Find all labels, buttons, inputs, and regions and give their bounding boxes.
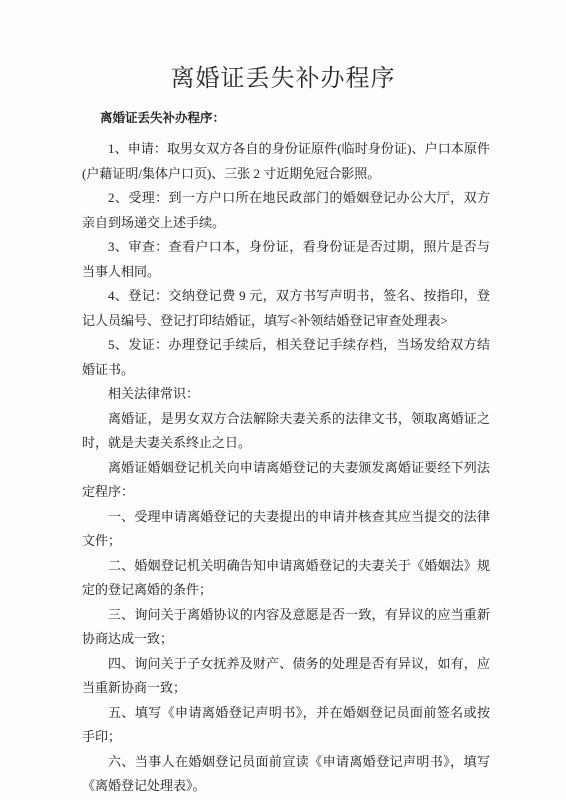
procedure-item-5: 五、填写《申请离婚登记声明书》，并在婚姻登记员面前签名或按手印；	[82, 701, 490, 750]
procedure-item-4: 四、询问关于子女抚养及财产、债务的处理是否有异议，如有，应当重新协商一致；	[82, 652, 490, 701]
procedure-item-1: 一、受理申请离婚登记的夫妻提出的申请并核查其应当提交的法律文件；	[82, 505, 490, 554]
procedure-item-2: 二、婚姻登记机关明确告知申请离婚登记的夫妻关于《婚姻法》规定的登记离婚的条件；	[82, 554, 490, 603]
step-4-register: 4、登记：交纳登记费 9 元，双方书写声明书，签名、按指印，登记人员编号、登记打…	[82, 284, 490, 333]
step-1-apply: 1、申请：取男女双方各自的身份证原件(临时身份证)、户口本原件(户藉证明/集体户…	[82, 137, 490, 186]
step-2-accept: 2、受理：到一方户口所在地民政部门的婚姻登记办公大厅，双方亲自到场递交上述手续。	[82, 186, 490, 235]
legal-procedure-intro: 离婚证婚姻登记机关向申请离婚登记的夫妻颁发离婚证要经下列法定程序：	[82, 456, 490, 505]
step-5-issue: 5、发证：办理登记手续后，相关登记手续存档，当场发给双方结婚证书。	[82, 333, 490, 382]
section-heading: 离婚证丢失补办程序：	[100, 110, 566, 127]
document-page: 离婚证丢失补办程序 离婚证丢失补办程序： 1、申请：取男女双方各自的身份证原件(…	[0, 0, 566, 800]
procedure-item-3: 三、询问关于离婚协议的内容及意愿是否一致，有异议的应当重新协商达成一致；	[82, 603, 490, 652]
document-body: 1、申请：取男女双方各自的身份证原件(临时身份证)、户口本原件(户藉证明/集体户…	[82, 137, 490, 799]
divorce-certificate-definition: 离婚证，是男女双方合法解除夫妻关系的法律文书，领取离婚证之时，就是夫妻关系终止之…	[82, 407, 490, 456]
document-title: 离婚证丢失补办程序	[0, 0, 566, 96]
legal-knowledge-heading: 相关法律常识：	[82, 382, 490, 407]
procedure-item-6: 六、当事人在婚姻登记员面前宣读《申请离婚登记声明书》，填写《离婚登记处理表》。	[82, 750, 490, 799]
step-3-review: 3、审查：查看户口本，身份证，看身份证是否过期，照片是否与当事人相同。	[82, 235, 490, 284]
